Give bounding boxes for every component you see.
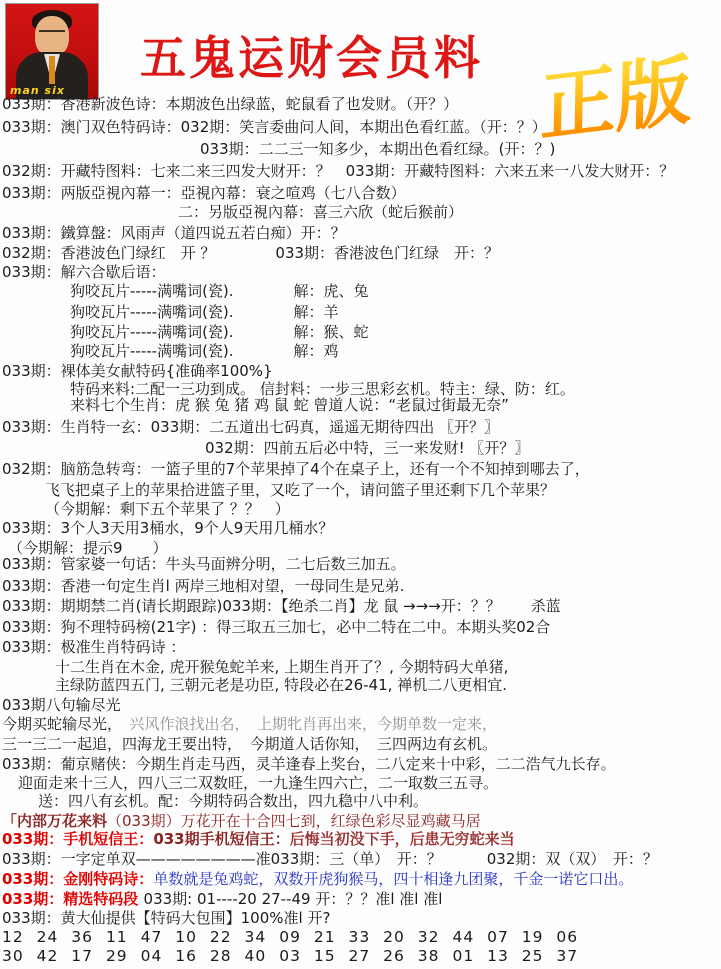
number-row-2: 30 42 17 29 04 16 28 40 03 15 27 26 38 0… <box>2 948 578 965</box>
line-jizhun-poem-2: 主绿防蓝四五门, 三朝元老是功臣, 特段必在26-41, 禅机二八更相宜. <box>55 677 507 694</box>
line-jingang-poem: 033期：金刚特码诗：单数就是兔鸡蛇，双数开虎狗猴马，四十相逢九团聚，千金一诺它… <box>2 871 633 888</box>
line-hk-one-sentence: 033期：香港一句定生肖l 两岸三地相对望，一母同生是兄弟. <box>2 578 404 595</box>
line-macau-two-color-poem: 033期：澳门双色特码诗：032期：笑言委曲问人间，本期出色看红蓝。（开：？） <box>2 119 547 136</box>
line-atv-insider-1: 033期：两版亞視內幕一：亞視內幕：衰之喧鸡（七八合数） <box>2 185 406 202</box>
genuine-watermark: 正版 <box>540 28 693 157</box>
line-eight-phrases-title: 033期八句输尽光 <box>2 697 121 714</box>
line-xiehouyu-1: 狗咬瓦片-----满嘴词(瓷). 解：虎、兔 <box>70 283 369 300</box>
line-macau-two-color-poem-2: 033期：二二三一知多少，本期出色看红绿。(开：？) <box>200 141 555 158</box>
line-jingxuan-temaduan: 033期：精选特码段 033期: 01----20 27--49 开：？？准l … <box>2 891 442 908</box>
line-one-char-danshuang: 033期：一字定单双————————准033期：三（单） 开：？ 032期：双（… <box>2 851 658 868</box>
line-zodiac-mystery-1: 033期：生肖特一玄：033期：二五道出七码真，遥遥无期待四出 〖开？〗 <box>2 419 499 436</box>
photo-tie <box>49 56 55 84</box>
photo-glasses <box>39 30 65 38</box>
line-sms-king: 033期：手机短信王：033期手机短信王：后悔当初没下手，后患无穷蛇来当 <box>2 831 515 848</box>
line-hk-new-bose-poem: 033期：香港新波色诗：本期波色出绿蓝，蛇鼠看了也发财。（开？） <box>2 96 458 113</box>
line-atv-insider-2: 二：另版亞視內幕：喜三六欣（蛇后猴前） <box>178 204 463 221</box>
line-pujing-duxia-1: 033期：葡京赌侠：今期生肖走马西，灵羊逢春上奖台，二八定来十中彩，二二浩气九长… <box>2 756 616 773</box>
line-seven-zodiac: 来料七个生肖：虎 猴 兔 猪 鸡 鼠 蛇 曾道人说：“老鼠过街最无奈” <box>70 397 509 414</box>
line-hk-bose-door: 032期：香港波色门绿红 开 ？ 033期：香港波色门红绿 开：？ <box>2 245 499 262</box>
line-eight-phrases-2: 三一三二一起追，四海龙王要出特， 今期道人话你知， 三四两边有玄机。 <box>2 736 497 753</box>
page-title: 五鬼运财会员料 <box>140 22 560 88</box>
line-huangdaxian: 033期：黄大仙提供【特码大包围】100%准l 开? <box>2 910 330 927</box>
line-xiehouyu-title: 033期：解六合歇后语： <box>2 264 166 281</box>
portrait-photo: man six <box>5 3 99 100</box>
line-brainteaser-answer: （今期解：剩下五个苹果了 ？？ ） <box>45 501 290 518</box>
line-jizhun-poem-1: 十二生肖在木金, 虎开猴兔蛇羊来, 上期生肖开了？, 今期特码大单猪, <box>55 659 508 676</box>
lottery-tip-sheet: man six 五鬼运财会员料 正版 033期：香港新波色诗：本期波色出绿蓝，蛇… <box>0 0 721 969</box>
line-ban-two-zodiac: 033期：期期禁二肖(请长期跟踪)033期：【绝杀二肖】龙 鼠 →→→开：？？ … <box>2 598 561 615</box>
number-row-1: 12 24 36 11 47 10 22 34 09 21 33 20 32 4… <box>2 929 578 946</box>
line-eight-phrases-1: 今期买蛇输尽光， 兴风作浪找出名， 上期牝肖再出来，今期单数一定来， <box>2 716 497 733</box>
line-guanjiapo: 033期：管家婆一句话：牛头马面辨分明，二七后数三加五。 <box>2 556 406 573</box>
line-xiehouyu-2: 狗咬瓦片-----满嘴词(瓷). 解：羊 <box>70 304 339 321</box>
line-goubuli: 033期：狗不理特码榜(21字) ：得三取五三加七，必中二特在二中。本期头奖02… <box>2 619 550 636</box>
line-jizhun-title: 033期：极准生肖特码诗 ： <box>2 639 185 656</box>
line-brainteaser-2: 飞飞把桌子上的苹果拾进篮子里，又吃了一个，请问篮子里还剩下几个苹果？ <box>45 482 555 499</box>
line-water-riddle: 033期：3个人3天用3桶水，9个人9天用几桶水？ <box>2 520 333 537</box>
line-xiehouyu-4: 狗咬瓦片-----满嘴词(瓷). 解：鸡 <box>70 343 339 360</box>
line-xiehouyu-3: 狗咬瓦片-----满嘴词(瓷). 解：猴、蛇 <box>70 324 369 341</box>
line-beauty-tema: 033期：裸体美女献特码{准确率100%} <box>2 363 273 380</box>
line-iron-abacus: 033期：鐵算盤：风雨声（道四说五若白痴）开：？ <box>2 225 346 242</box>
line-zodiac-mystery-2: 032期：四前五后必中特，三一来发财! 〖开？〗 <box>205 440 529 457</box>
line-brainteaser-1: 032期：脑筋急转弯：一篮子里的7个苹果掉了4个在桌子上，还有一个不知掉到哪去了… <box>2 461 590 478</box>
line-neibu-wanhua: 「内部万花来料（033期）万花开在十合四七到，红绿色彩尽显鸡藏马居 <box>2 813 481 830</box>
line-kaicang-tetu: 032期：开藏特图料：七来二来三四发大财开：？ 033期：开藏特图料：六来五来一… <box>2 163 674 180</box>
line-pujing-duxia-2: 迎面走来十三人，四八三二双数旺，一九逢生四六亡，二一取数三五寻。 <box>18 775 498 792</box>
line-pujing-duxia-3: 送：四八有玄机。配：今期特码合数出，四九稳中八中利。 <box>38 793 428 810</box>
